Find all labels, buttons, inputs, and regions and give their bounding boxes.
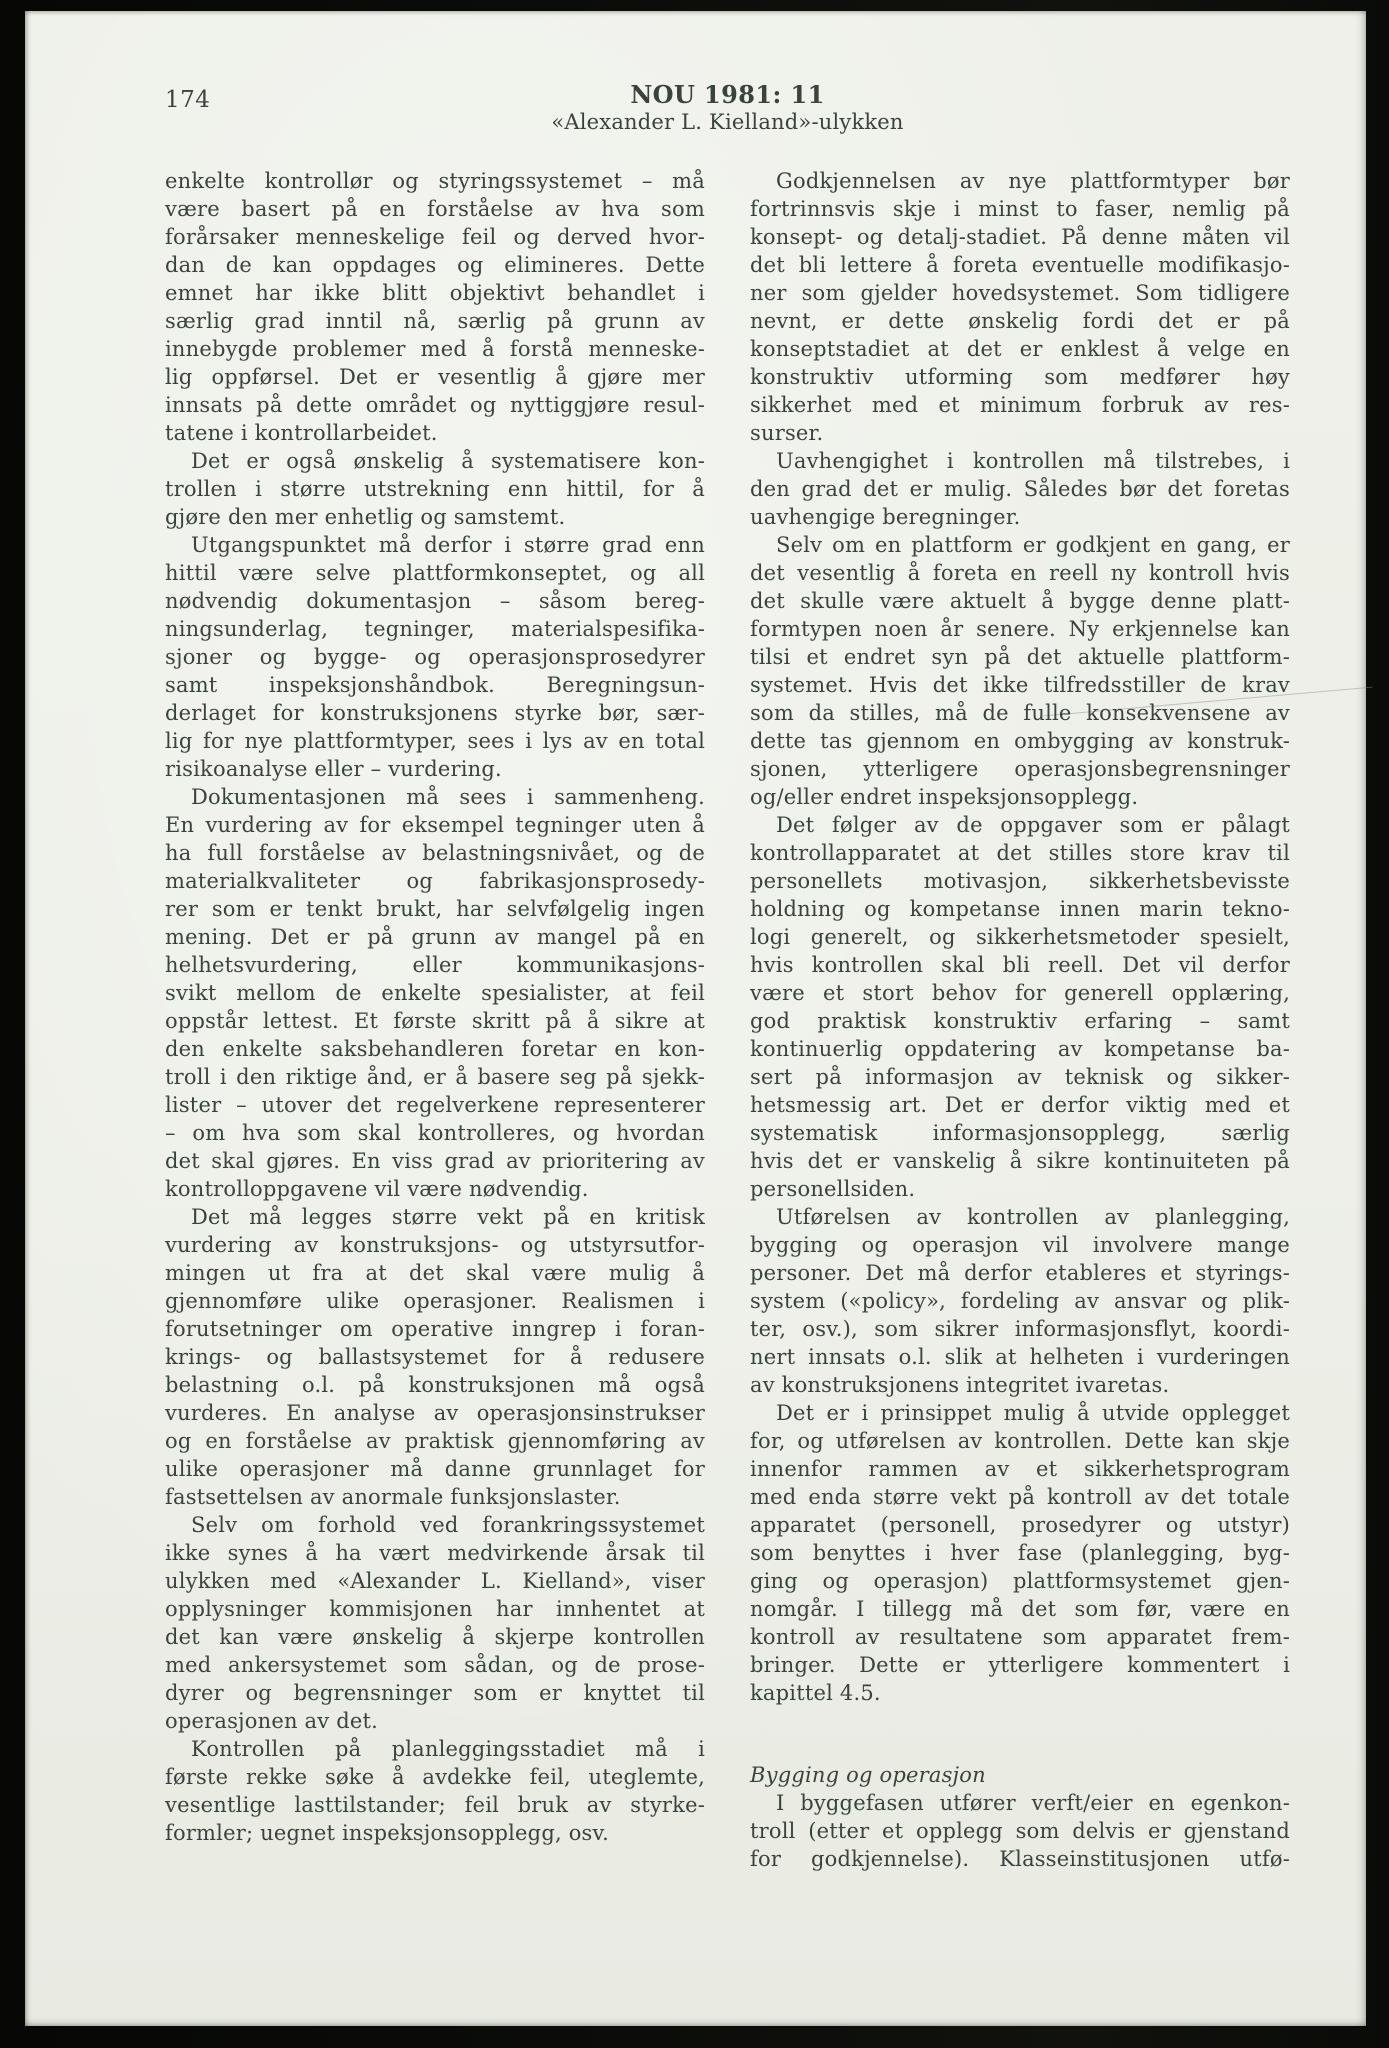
- text-line: og/eller endret inspeksjonsopplegg.: [750, 783, 1290, 811]
- text-line: Det er i prinsippet mulig å utvide opple…: [750, 1399, 1290, 1427]
- text-line: konsept- og detalj-stadiet. På denne måt…: [750, 223, 1290, 251]
- text-line: ging og operasjon) plattformsystemet gje…: [750, 1567, 1290, 1595]
- text-line: personellets motivasjon, sikkerhetsbevis…: [750, 867, 1290, 895]
- text-line: kontrollapparatet at det stilles store k…: [750, 839, 1290, 867]
- page-header: NOU 1981: 11 «Alexander L. Kielland»-uly…: [165, 83, 1290, 133]
- text-line: surser.: [750, 419, 1290, 447]
- section-heading: Bygging og operasjon: [750, 1761, 1290, 1789]
- text-line: vurdering av konstruksjons- og utstyrsut…: [165, 1231, 705, 1259]
- text-line: Selv om en plattform er godkjent en gang…: [750, 531, 1290, 559]
- text-line: enkelte kontrollør og styringssystemet –…: [165, 167, 705, 195]
- text-line: ulykken med «Alexander L. Kielland», vis…: [165, 1567, 705, 1595]
- text-line: Godkjennelsen av nye plattformtyper bør: [750, 167, 1290, 195]
- text-line: for godkjennelse). Klasseinstitusjonen u…: [750, 1845, 1290, 1873]
- text-line: ter, osv.), som sikrer informasjonsflyt,…: [750, 1315, 1290, 1343]
- text-line: Bygging og operasjon: [750, 1761, 1290, 1789]
- paragraph: Det er i prinsippet mulig å utvide opple…: [750, 1399, 1290, 1707]
- text-line: belastning o.l. på konstruksjonen må ogs…: [165, 1371, 705, 1399]
- text-line: bygging og operasjon vil involvere mange: [750, 1231, 1290, 1259]
- text-line: innsats på dette området og nyttiggjøre …: [165, 391, 705, 419]
- text-line: kontinuerlig oppdatering av kompetanse b…: [750, 1035, 1290, 1063]
- text-line: apparatet (personell, prosedyrer og utst…: [750, 1511, 1290, 1539]
- text-line: forårsaker menneskelige feil og derved h…: [165, 223, 705, 251]
- text-line: logi generelt, og sikkerhetsmetoder spes…: [750, 923, 1290, 951]
- text-line: lister – utover det regelverkene represe…: [165, 1091, 705, 1119]
- text-line: det skal gjøres. En viss grad av priorit…: [165, 1147, 705, 1175]
- text-line: Kontrollen på planleggingsstadiet må i: [165, 1735, 705, 1763]
- text-line: helhetsvurdering, eller kommunikasjons-: [165, 951, 705, 979]
- text-line: oppstår lettest. Et første skritt på å s…: [165, 1007, 705, 1035]
- text-line: uavhengige beregninger.: [750, 503, 1290, 531]
- document-page: 174 NOU 1981: 11 «Alexander L. Kielland»…: [25, 11, 1366, 2026]
- text-line: lig oppførsel. Det er vesentlig å gjøre …: [165, 363, 705, 391]
- text-line: opplysninger kommisjonen har innhentet a…: [165, 1595, 705, 1623]
- text-line: Uavhengighet i kontrollen må tilstrebes,…: [750, 447, 1290, 475]
- text-line: personellsiden.: [750, 1175, 1290, 1203]
- text-line: dyrer og begrensninger som er knyttet ti…: [165, 1679, 705, 1707]
- text-line: I byggefasen utfører verft/eier en egenk…: [750, 1789, 1290, 1817]
- text-line: Det følger av de oppgaver som er pålagt: [750, 811, 1290, 839]
- text-line: trollen i større utstrekning enn hittil,…: [165, 475, 705, 503]
- text-line: ningsunderlag, tegninger, materialspesif…: [165, 615, 705, 643]
- document-subtitle: «Alexander L. Kielland»-ulykken: [165, 112, 1290, 133]
- text-line: tilsi et endret syn på det aktuelle plat…: [750, 643, 1290, 671]
- paragraph: Utgangspunktet må derfor i større grad e…: [165, 531, 705, 783]
- text-line: personer. Det må derfor etableres et sty…: [750, 1259, 1290, 1287]
- text-line: sjoner og bygge- og operasjonsprosedyrer: [165, 643, 705, 671]
- text-line: gjennomføre ulike operasjoner. Realismen…: [165, 1287, 705, 1315]
- text-line: sjonen, ytterligere operasjonsbegrensnin…: [750, 755, 1290, 783]
- text-line: mening. Det er på grunn av mangel på en: [165, 923, 705, 951]
- text-line: systematisk informasjonsopplegg, særlig: [750, 1119, 1290, 1147]
- text-line: holdning og kompetanse innen marin tekno…: [750, 895, 1290, 923]
- text-line: mingen ut fra at det skal være mulig å: [165, 1259, 705, 1287]
- text-line: risikoanalyse eller – vurdering.: [165, 755, 705, 783]
- text-line: – om hva som skal kontrolleres, og hvord…: [165, 1119, 705, 1147]
- paragraph: Godkjennelsen av nye plattformtyper børf…: [750, 167, 1290, 447]
- text-line: system («policy», fordeling av ansvar og…: [750, 1287, 1290, 1315]
- text-line: operasjonen av det.: [165, 1707, 705, 1735]
- text-line: nevnt, er dette ønskelig fordi det er på: [750, 307, 1290, 335]
- paragraph: Utførelsen av kontrollen av planlegging,…: [750, 1203, 1290, 1399]
- text-line: vurderes. En analyse av operasjonsinstru…: [165, 1399, 705, 1427]
- text-line: troll (etter et opplegg som delvis er gj…: [750, 1817, 1290, 1845]
- text-line: innebygde problemer med å forstå mennesk…: [165, 335, 705, 363]
- text-line: kontroll av resultatene som apparatet fr…: [750, 1623, 1290, 1651]
- left-column: enkelte kontrollør og styringssystemet –…: [165, 167, 705, 1873]
- text-line: første rekke søke å avdekke feil, utegle…: [165, 1763, 705, 1791]
- text-line: nomgår. I tillegg må det som før, være e…: [750, 1595, 1290, 1623]
- text-line: Selv om forhold ved forankringssystemet: [165, 1511, 705, 1539]
- paragraph: Kontrollen på planleggingsstadiet må ifø…: [165, 1735, 705, 1847]
- paragraph: Det må legges større vekt på en kritiskv…: [165, 1203, 705, 1511]
- text-line: derlaget for konstruksjonens styrke bør,…: [165, 699, 705, 727]
- paragraph: Selv om forhold ved forankringssystemeti…: [165, 1511, 705, 1735]
- text-line: som benyttes i hver fase (planlegging, b…: [750, 1539, 1290, 1567]
- text-line: det bli lettere å foreta eventuelle modi…: [750, 251, 1290, 279]
- paragraph: Dokumentasjonen må sees i sammenheng.En …: [165, 783, 705, 1203]
- text-line: lig for nye plattformtyper, sees i lys a…: [165, 727, 705, 755]
- document-title: NOU 1981: 11: [165, 83, 1290, 107]
- text-line: dette tas gjennom en ombygging av konstr…: [750, 727, 1290, 755]
- text-line: troll i den riktige ånd, er å basere seg…: [165, 1063, 705, 1091]
- text-line: samt inspeksjonshåndbok. Beregningsun-: [165, 671, 705, 699]
- text-line: særlig grad inntil nå, særlig på grunn a…: [165, 307, 705, 335]
- text-line: den grad det er mulig. Således bør det f…: [750, 475, 1290, 503]
- paragraph: Det er også ønskelig å systematisere kon…: [165, 447, 705, 531]
- text-line: bringer. Dette er ytterligere kommentert…: [750, 1651, 1290, 1679]
- text-line: ikke synes å ha vært medvirkende årsak t…: [165, 1539, 705, 1567]
- text-line: det kan være ønskelig å skjerpe kontroll…: [165, 1623, 705, 1651]
- text-line: rer som er tenkt brukt, har selvfølgelig…: [165, 895, 705, 923]
- text-line: hittil være selve plattformkonseptet, og…: [165, 559, 705, 587]
- text-line: hvis det er vanskelig å sikre kontinuite…: [750, 1147, 1290, 1175]
- text-line: fastsettelsen av anormale funksjonslaste…: [165, 1483, 705, 1511]
- text-line: formler; uegnet inspeksjonsopplegg, osv.: [165, 1819, 705, 1847]
- text-line: konstruktiv utforming som medfører høy: [750, 363, 1290, 391]
- text-line: sikkerhet med et minimum forbruk av res-: [750, 391, 1290, 419]
- text-line: sert på informasjon av teknisk og sikker…: [750, 1063, 1290, 1091]
- text-line: det vesentlig å foreta en reell ny kontr…: [750, 559, 1290, 587]
- paragraph: Selv om en plattform er godkjent en gang…: [750, 531, 1290, 811]
- text-line: fortrinnsvis skje i minst to faser, neml…: [750, 195, 1290, 223]
- text-line: kontrolloppgavene vil være nødvendig.: [165, 1175, 705, 1203]
- text-line: systemet. Hvis det ikke tilfredsstiller …: [750, 671, 1290, 699]
- paragraph: Uavhengighet i kontrollen må tilstrebes,…: [750, 447, 1290, 531]
- text-line: Utgangspunktet må derfor i større grad e…: [165, 531, 705, 559]
- text-line: tatene i kontrollarbeidet.: [165, 419, 705, 447]
- text-line: Det må legges større vekt på en kritisk: [165, 1203, 705, 1231]
- text-line: dan de kan oppdages og elimineres. Dette: [165, 251, 705, 279]
- text-line: som da stilles, må de fulle konsekvensen…: [750, 699, 1290, 727]
- text-line: Utførelsen av kontrollen av planlegging,: [750, 1203, 1290, 1231]
- text-line: og en forståelse av praktisk gjennomføri…: [165, 1427, 705, 1455]
- text-line: vesentlige lasttilstander; feil bruk av …: [165, 1791, 705, 1819]
- text-line: den enkelte saksbehandleren foretar en k…: [165, 1035, 705, 1063]
- right-column: Godkjennelsen av nye plattformtyper børf…: [750, 167, 1290, 1873]
- text-line: god praktisk konstruktiv erfaring – samt: [750, 1007, 1290, 1035]
- text-line: formtypen noen år senere. Ny erkjennelse…: [750, 615, 1290, 643]
- text-line: svikt mellom de enkelte spesialister, at…: [165, 979, 705, 1007]
- text-line: Det er også ønskelig å systematisere kon…: [165, 447, 705, 475]
- text-line: for, og utførelsen av kontrollen. Dette …: [750, 1427, 1290, 1455]
- text-line: hvis kontrollen skal bli reell. Det vil …: [750, 951, 1290, 979]
- text-line: ha full forståelse av belastningsnivået,…: [165, 839, 705, 867]
- text-line: nert innsats o.l. slik at helheten i vur…: [750, 1343, 1290, 1371]
- text-line: av konstruksjonens integritet ivaretas.: [750, 1371, 1290, 1399]
- text-line: nødvendig dokumentasjon – såsom bereg-: [165, 587, 705, 615]
- paragraph: enkelte kontrollør og styringssystemet –…: [165, 167, 705, 447]
- text-line: Dokumentasjonen må sees i sammenheng.: [165, 783, 705, 811]
- text-line: innenfor rammen av et sikkerhetsprogram: [750, 1455, 1290, 1483]
- text-line: det skulle være aktuelt å bygge denne pl…: [750, 587, 1290, 615]
- text-line: En vurdering av for eksempel tegninger u…: [165, 811, 705, 839]
- text-line: forutsetninger om operative inngrep i fo…: [165, 1315, 705, 1343]
- paragraph: Det følger av de oppgaver som er pålagtk…: [750, 811, 1290, 1203]
- paragraph: I byggefasen utfører verft/eier en egenk…: [750, 1789, 1290, 1873]
- text-line: ulike operasjoner må danne grunnlaget fo…: [165, 1455, 705, 1483]
- text-line: gjøre den mer enhetlig og samstemt.: [165, 503, 705, 531]
- text-line: emnet har ikke blitt objektivt behandlet…: [165, 279, 705, 307]
- text-line: krings- og ballastsystemet for å reduser…: [165, 1343, 705, 1371]
- text-columns: enkelte kontrollør og styringssystemet –…: [165, 167, 1290, 1873]
- text-line: materialkvaliteter og fabrikasjonsprosed…: [165, 867, 705, 895]
- text-line: være et stort behov for generell opplæri…: [750, 979, 1290, 1007]
- text-line: konseptstadiet at det er enklest å velge…: [750, 335, 1290, 363]
- text-line: være basert på en forståelse av hva som: [165, 195, 705, 223]
- text-line: med enda større vekt på kontroll av det …: [750, 1483, 1290, 1511]
- text-line: kapittel 4.5.: [750, 1679, 1290, 1707]
- text-line: ner som gjelder hovedsystemet. Som tidli…: [750, 279, 1290, 307]
- text-line: med ankersystemet som sådan, og de prose…: [165, 1651, 705, 1679]
- text-line: hetsmessig art. Det er derfor viktig med…: [750, 1091, 1290, 1119]
